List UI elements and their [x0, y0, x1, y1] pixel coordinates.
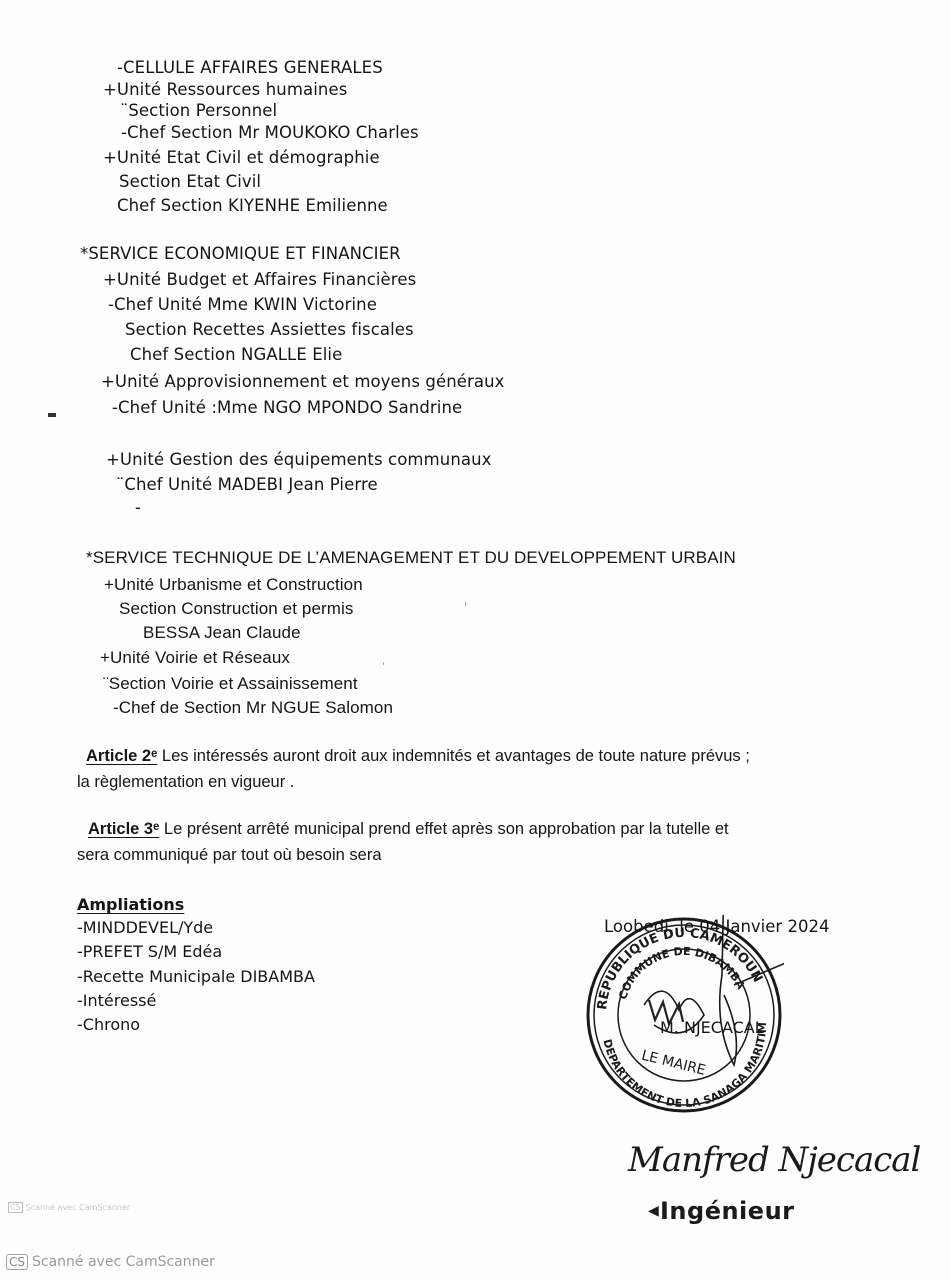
faint-scanner-watermark: CSScanné avec CamScanner [8, 1203, 130, 1212]
article-3-text: Le présent arrêté municipal prend effet … [159, 820, 728, 838]
chief-line: BESSA Jean Claude [143, 623, 301, 643]
article-2-text: Les intéressés auront droit aux indemnit… [157, 747, 750, 765]
ampliations-heading: Ampliations [77, 895, 184, 914]
article-2: Article 2ᵉ Les intéressés auront droit a… [86, 747, 750, 766]
ampliation-item: -MINDDEVEL/Yde [77, 918, 213, 937]
footer-text: Scanné avec CamScanner [32, 1254, 215, 1270]
chief-line: ¨Chef Unité MADEBI Jean Pierre [116, 475, 378, 494]
unit-line: +Unité Approvisionnement et moyens génér… [101, 372, 505, 391]
scan-speck [48, 413, 56, 417]
unit-line: +Unité Budget et Affaires Financières [103, 270, 416, 289]
section-line: ¨Section Voirie et Assainissement [103, 674, 358, 694]
article-2-label: Article 2ᵉ [86, 747, 157, 765]
service-heading: *SERVICE TECHNIQUE DE L’AMENAGEMENT ET D… [86, 548, 736, 568]
unit-line: +Unité Gestion des équipements communaux [106, 450, 492, 469]
chief-line: -Chef de Section Mr NGUE Salomon [113, 698, 393, 718]
article-3: Article 3ᵉ Le présent arrêté municipal p… [88, 820, 729, 839]
stamp-center-text: LE MAIRE [640, 1048, 707, 1079]
article-3-continued: sera communiqué par tout où besoin sera [77, 846, 382, 865]
unit-line: +Unité Urbanisme et Construction [104, 575, 363, 595]
chief-line: -Chef Unité Mme KWIN Victorine [108, 295, 377, 314]
camscanner-logo-icon: CS [6, 1254, 28, 1270]
mayor-name: M. NJECACAL [660, 1018, 764, 1037]
ampliation-item: -Recette Municipale DIBAMBA [77, 967, 315, 986]
scan-speck [465, 602, 466, 606]
section-line: Section Construction et permis [119, 599, 354, 619]
section-line: ¨Section Personnel [120, 101, 277, 120]
ampliation-item: -PREFET S/M Edéa [77, 942, 222, 961]
unit-line: +Unité Voirie et Réseaux [100, 648, 290, 668]
scanner-footer: CSScanné avec CamScanner [6, 1254, 215, 1270]
dash-line: - [135, 498, 141, 517]
official-stamp: REPUBLIQUE DU CAMEROUN COMMUNE DE DIBAMB… [584, 915, 784, 1115]
unit-line: +Unité Ressources humaines [103, 80, 347, 99]
signatory-title: Ingénieur [660, 1197, 794, 1225]
scanned-page: -CELLULE AFFAIRES GENERALES +Unité Resso… [0, 0, 950, 1280]
article-2-continued: la règlementation en vigueur . [77, 773, 294, 792]
section-line: Section Etat Civil [119, 172, 261, 191]
check-mark-icon: ◀ [648, 1203, 659, 1219]
chief-line: -Chef Section Mr MOUKOKO Charles [121, 123, 419, 142]
handwritten-signature: Manfred Njecacal [628, 1140, 920, 1180]
article-3-label: Article 3ᵉ [88, 820, 159, 838]
ampliation-item: -Intéressé [77, 991, 156, 1010]
camscanner-logo-icon: CS [8, 1202, 23, 1213]
chief-line: Chef Section NGALLE Elie [130, 345, 342, 364]
scan-speck [383, 662, 384, 665]
place-date: Loobedi, le 04 Janvier 2024 [604, 917, 829, 936]
faint-watermark-text: Scanné avec CamScanner [26, 1203, 131, 1212]
section-line: Section Recettes Assiettes fiscales [125, 320, 414, 339]
service-heading: *SERVICE ECONOMIQUE ET FINANCIER [80, 244, 401, 263]
chief-line: Chef Section KIYENHE Emilienne [117, 196, 388, 215]
ampliation-item: -Chrono [77, 1015, 140, 1034]
unit-line: +Unité Etat Civil et démographie [103, 148, 380, 167]
cellule-heading: -CELLULE AFFAIRES GENERALES [117, 58, 383, 77]
chief-line: -Chef Unité :Mme NGO MPONDO Sandrine [112, 398, 462, 417]
